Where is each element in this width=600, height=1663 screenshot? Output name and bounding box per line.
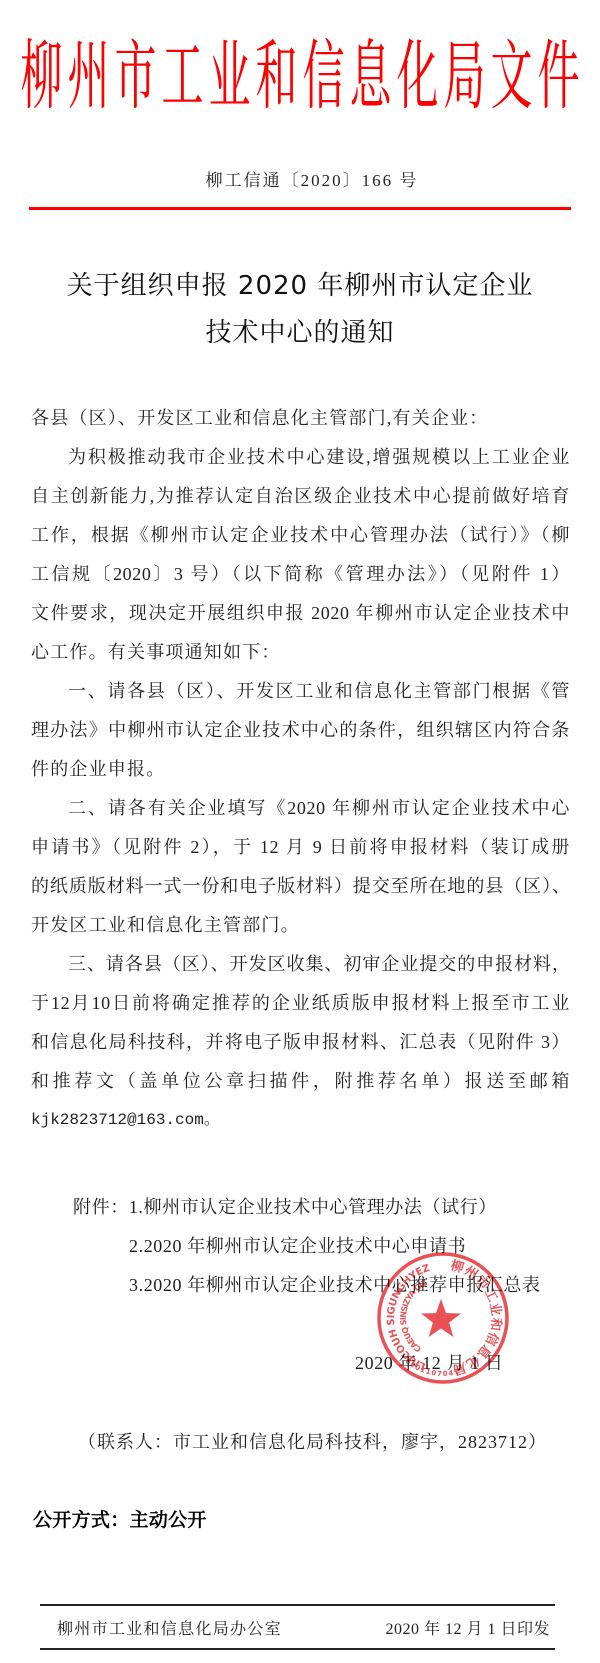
body-line: 和推荐文（盖单位公章扫描件，附推荐名单）报送至邮箱: [31, 1062, 570, 1101]
footer-top-rule: [40, 1604, 555, 1606]
body-line: 的纸质版材料一式一份和电子版材料）提交至所在地的县（区）、: [31, 867, 570, 906]
body-line: 二、请各有关企业填写《2020 年柳州市认定企业技术中心: [31, 789, 570, 828]
notice-body: 各县（区）、开发区工业和信息化主管部门,有关企业： 为积极推动我市企业技术中心建…: [31, 399, 570, 1140]
body-line: 心工作。有关事项通知如下：: [31, 633, 570, 672]
body-line: 于12月10日前将确定推荐的企业纸质版申报材料上报至市工业: [31, 984, 570, 1023]
notice-heading-line-2: 技术中心的通知: [0, 316, 600, 350]
body-line: 和信息化局科技科，并将电子版申报材料、汇总表（见附件 3）: [31, 1023, 570, 1062]
seal-org-name: 柳州市工业和信息化局: [449, 1257, 505, 1377]
footer-issuer: 柳州市工业和信息化局办公室: [57, 1618, 282, 1642]
attachments-label: 附件：: [73, 1197, 129, 1217]
paragraph-item-3: 三、请各县（区）、开发区收集、初审企业提交的申报材料， 于12月10日前将确定推…: [31, 945, 570, 1140]
disclosure-label: 公开方式：: [33, 1509, 130, 1531]
star-icon: [421, 1299, 461, 1337]
body-line: 件的企业申报。: [31, 750, 570, 789]
disclosure-value: 主动公开: [130, 1509, 207, 1531]
official-seal: 柳州市工业和信息化局 LIUCOUH SIGUNGHYEZ CAEUQ SINS…: [368, 1243, 518, 1393]
disclosure-mode: 公开方式：主动公开: [33, 1505, 207, 1535]
body-line: 理办法》中柳州市认定企业技术中心的条件，组织辖区内符合条: [31, 711, 570, 750]
notice-heading-line-1: 关于组织申报 2020 年柳州市认定企业: [0, 269, 600, 303]
body-line: 工信规〔2020〕3 号）（以下简称《管理办法》）（见附件 1）: [31, 555, 570, 594]
document-page: 柳州市工业和信息化局文件 柳工信通〔2020〕166 号 关于组织申报 2020…: [0, 0, 600, 1663]
body-line: 开发区工业和信息化主管部门。: [31, 906, 570, 945]
paragraph-item-1: 一、请各县（区）、开发区工业和信息化主管部门根据《管 理办法》中柳州市认定企业技…: [31, 672, 570, 789]
body-line: 工作，根据《柳州市认定企业技术中心管理办法（试行）》（柳: [31, 516, 570, 555]
footer-print-date: 2020 年 12 月 1 日印发: [385, 1618, 550, 1642]
paragraph-intro: 为积极推动我市企业技术中心建设,增强规模以上工业企业 自主创新能力,为推荐认定自…: [31, 438, 570, 672]
red-divider-line: [29, 207, 571, 210]
body-line: 文件要求，现决定开展组织申报 2020 年柳州市认定企业技术中: [31, 594, 570, 633]
masthead-title: 柳州市工业和信息化局文件: [0, 14, 600, 140]
document-number: 柳工信通〔2020〕166 号: [0, 171, 600, 191]
email-address: kjk2823712@163.com。: [31, 1101, 570, 1140]
body-line: 一、请各县（区）、开发区工业和信息化主管部门根据《管: [31, 672, 570, 711]
body-line: 为积极推动我市企业技术中心建设,增强规模以上工业企业: [31, 438, 570, 477]
body-line: 申请书》（见附件 2），于 12 月 9 日前将申报材料（装订成册: [31, 828, 570, 867]
attachment-item: 附件：1.柳州市认定企业技术中心管理办法（试行）: [73, 1188, 541, 1227]
contact-info: （联系人：市工业和信息化局科技科，廖宇，2823712）: [78, 1423, 547, 1462]
footer-bottom-rule: [40, 1648, 555, 1650]
body-line: 自主创新能力,为推荐认定自治区级企业技术中心提前做好培育: [31, 477, 570, 516]
attachment-title: 1.柳州市认定企业技术中心管理办法（试行）: [129, 1197, 497, 1217]
body-line: 三、请各县（区）、开发区收集、初审企业提交的申报材料，: [31, 945, 570, 984]
salutation: 各县（区）、开发区工业和信息化主管部门,有关企业：: [31, 399, 570, 438]
paragraph-item-2: 二、请各有关企业填写《2020 年柳州市认定企业技术中心 申请书》（见附件 2）…: [31, 789, 570, 945]
